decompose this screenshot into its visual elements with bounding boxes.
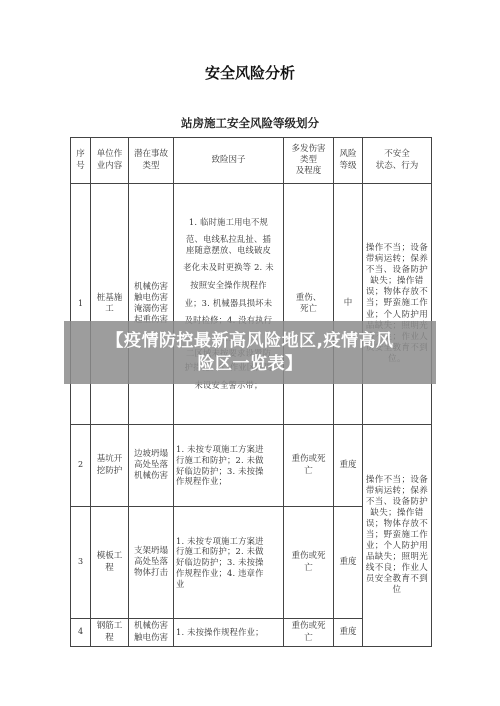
row-accident-type: 边坡坍塌 高处坠落 机械伤害 <box>129 425 174 507</box>
row-accident-type: 机械伤害 触电伤害 淹溺伤害 起重伤害 <box>129 184 174 425</box>
table-title: 站房施工安全风险等级划分 <box>0 115 500 131</box>
row-index: 2 <box>71 425 91 507</box>
page-title: 安全风险分析 <box>0 62 500 83</box>
row-factors: 1. 未按操作规程作业； <box>174 619 284 647</box>
row-injury: 重伤或死 亡 <box>284 425 334 507</box>
row-level: 重度 <box>334 507 363 619</box>
row-level: 中 <box>334 184 363 425</box>
row-index: 1 <box>71 184 91 425</box>
row-level: 重度 <box>334 619 363 647</box>
row-accident-type: 支架坍塌 高处坠落 物体打击 <box>129 507 174 619</box>
row-index: 3 <box>71 507 91 619</box>
row-injury: 重伤或死 亡 <box>284 507 334 619</box>
row-unsafe-group: 操作不当；设备带病运转；保养不当、设备防护缺失；操作错误；物体存放不当；野蛮施工… <box>363 425 432 647</box>
header-injury: 多发伤害 类型 及程度 <box>284 138 334 184</box>
row-injury: 重伤、 死亡 <box>284 184 334 425</box>
banner-line-1: 【疫情防控最新高风险地区,疫情高风 <box>107 330 394 353</box>
row-unsafe: 操作不当；设备带病运转；保养不当、设备防护缺失；操作错误；物体存放不当；野蛮施工… <box>363 184 432 425</box>
row-factors: 1. 临时施工用电不规 范、电线私拉乱扯、插 座随意摆放、电线破皮 老化未及时更… <box>174 184 284 425</box>
row-accident-type: 机械伤害 触电伤害 <box>129 619 174 647</box>
risk-level-table: 序 号 单位作 业内容 潜在事故 类型 致险因子 多发伤害 类型 及程度 风险 … <box>70 137 432 647</box>
headline-banner[interactable]: 【疫情防控最新高风险地区,疫情高风 险区一览表】 <box>64 321 436 384</box>
header-level: 风险 等级 <box>334 138 363 184</box>
row-work: 桩基施 工 <box>91 184 129 425</box>
row-level: 重度 <box>334 425 363 507</box>
row-injury: 重伤或死 亡 <box>284 619 334 647</box>
table-header-row: 序 号 单位作 业内容 潜在事故 类型 致险因子 多发伤害 类型 及程度 风险 … <box>71 138 432 184</box>
row-factors: 1. 未按专项施工方案进 行施工和防护；2. 未做 好临边防护；3. 未按操 作… <box>174 425 284 507</box>
header-factors: 致险因子 <box>174 138 284 184</box>
row-index: 4 <box>71 619 91 647</box>
row-work: 钢筋工 程 <box>91 619 129 647</box>
table-row: 1 桩基施 工 机械伤害 触电伤害 淹溺伤害 起重伤害 1. 临时施工用电不规 … <box>71 184 432 425</box>
header-work: 单位作 业内容 <box>91 138 129 184</box>
row-work: 模板工 程 <box>91 507 129 619</box>
header-unsafe: 不安全 状态、行为 <box>363 138 432 184</box>
row-work: 基坑开 挖防护 <box>91 425 129 507</box>
header-index: 序 号 <box>71 138 91 184</box>
table-row: 2 基坑开 挖防护 边坡坍塌 高处坠落 机械伤害 1. 未按专项施工方案进 行施… <box>71 425 432 507</box>
banner-line-2: 险区一览表】 <box>198 353 303 376</box>
header-accident-type: 潜在事故 类型 <box>129 138 174 184</box>
row-factors: 1. 未按专项施工方案进 行施工和防护；2. 未做 好临边防护；3. 未按操 作… <box>174 507 284 619</box>
